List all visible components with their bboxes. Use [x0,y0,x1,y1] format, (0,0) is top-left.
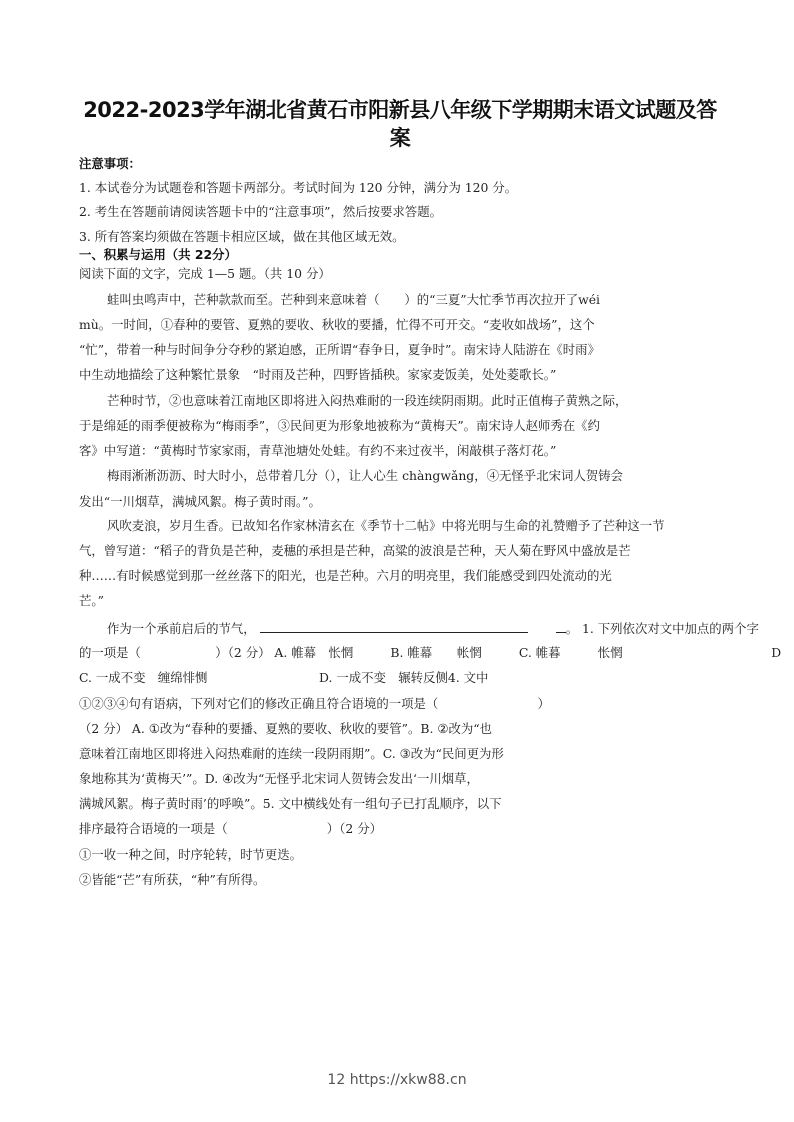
note-item-2: 2. 考生在答题前请阅读答题卡中的“注意事项”，然后按要求答题。 [79,204,442,220]
passage-line: 蛙叫虫鸣声中，芒种款款而至。芒种到来意味着（ ）的“三夏”大忙季节再次拉开了wé… [107,292,600,308]
answer-blank-short[interactable] [556,620,566,633]
fill-in-line: 作为一个承前启后的节气，。 1. 下列依次对文中加点的两个字 [107,620,759,637]
question-4-line: 满城风絮。梅子黄时雨’的呼唤”。5. 文中横线处有一组句子已打乱顺序，以下 [79,796,502,812]
question-4-line: （2 分） A. ①改为“春种的要播、夏熟的要收、秋收的要管”。B. ②改为“也 [79,721,492,737]
passage-line: 芒种时节，②也意味着江南地区即将进入闷热难耐的一段连续阴雨期。此时正值梅子黄熟之… [107,393,627,409]
question-4-line: ①②③④句有语病，下列对它们的修改正确且符合语境的一项是（ ） [79,696,550,712]
footer-site-link[interactable]: https://xkw88.cn [350,1072,467,1088]
passage-line: 气，曾写道：“稻子的背负是芒种，麦穗的承担是芒种，高粱的波浪是芒种，天人菊在野风… [79,543,631,559]
question-3-options: C. 一成不变 缠绵悱恻 D. 一成不变 辗转反侧4. 文中 [79,670,488,686]
question-4-line: 意味着江南地区即将进入闷热难耐的连续一段阴雨期”。C. ③改为“民间更为形 [79,746,504,762]
passage-line: 风吹麦浪，岁月生香。已故知名作家林清玄在《季节十二帖》中将光明与生命的礼赞赠予了… [107,518,665,534]
title-line-2: 案 [70,124,730,152]
passage-line: 中生动地描绘了这种繁忙景象 “时雨及芒种，四野皆插秧。家家麦饭美，处处菱歌长。” [79,367,556,383]
page-footer: 12 https://xkw88.cn [0,1072,794,1088]
question-5-option: ②皆能“芒”有所获，“种”有所得。 [79,872,265,888]
passage-line: 种……有时候感觉到那一丝丝落下的阳光，也是芒种。六月的明亮里，我们能感受到四处流… [79,568,612,584]
fill-prefix: 作为一个承前启后的节气， [107,621,256,636]
passage-line: 梅雨淅淅沥沥、时大时小，总带着几分（），让人心生 chàngwǎng，④无怪乎北… [107,468,623,484]
section-heading: 一、积累与运用（共 22分） [79,247,237,263]
notes-heading: 注意事项： [79,156,141,172]
document-page: 2022-2023学年湖北省黄石市阳新县八年级下学期期末语文试题及答 案 注意事… [0,0,794,1122]
passage-line: 芒。” [79,593,104,609]
answer-blank[interactable] [260,620,528,633]
page-number: 12 [327,1072,345,1088]
question-5-option: ①一收一种之间，时序轮转，时节更迭。 [79,847,302,863]
passage-line: “忙”，带着一种与时间争分夺秒的紧迫感，正所谓“春争日，夏争时”。南宋诗人陆游在… [79,342,600,358]
passage-line: 于是绵延的雨季便被称为“梅雨季”，③民间更为形象地被称为“黄梅天”。南宋诗人赵师… [79,418,600,434]
note-item-3: 3. 所有答案均须做在答题卡相应区域，做在其他区域无效。 [79,229,405,245]
question-1-options: 的一项是（ ）（2 分） A. 帷幕 怅惘 B. 帷幕 帐惘 C. 帷暮 怅惘 … [79,645,781,661]
question-5-stem: 排序最符合语境的一项是（ ）（2 分） [79,821,382,837]
passage-line: mù。一时间，①春种的要管、夏熟的要收、秋收的要播，忙得不可开交。“麦收如战场”… [79,317,595,333]
title-line-1: 2022-2023学年湖北省黄石市阳新县八年级下学期期末语文试题及答 [70,96,730,124]
note-item-1: 1. 本试卷分为试题卷和答题卡两部分。考试时间为 120 分钟，满分为 120 … [79,180,517,196]
document-title: 2022-2023学年湖北省黄石市阳新县八年级下学期期末语文试题及答 案 [70,96,730,152]
question-1-stem: 。 1. 下列依次对文中加点的两个字 [566,621,759,636]
passage-line: 客》中写道：“黄梅时节家家雨，青草池塘处处蛙。有约不来过夜半，闲敲棋子落灯花。” [79,443,556,459]
passage-line: 发出“一川烟草，满城风絮。梅子黄时雨。”。 [79,494,321,510]
section-intro: 阅读下面的文字，完成 1—5 题。（共 10 分） [79,266,331,282]
question-4-line: 象地称其为‘黄梅天’”。D. ④改为“无怪乎北宋词人贺铸会发出‘一川烟草， [79,771,479,787]
